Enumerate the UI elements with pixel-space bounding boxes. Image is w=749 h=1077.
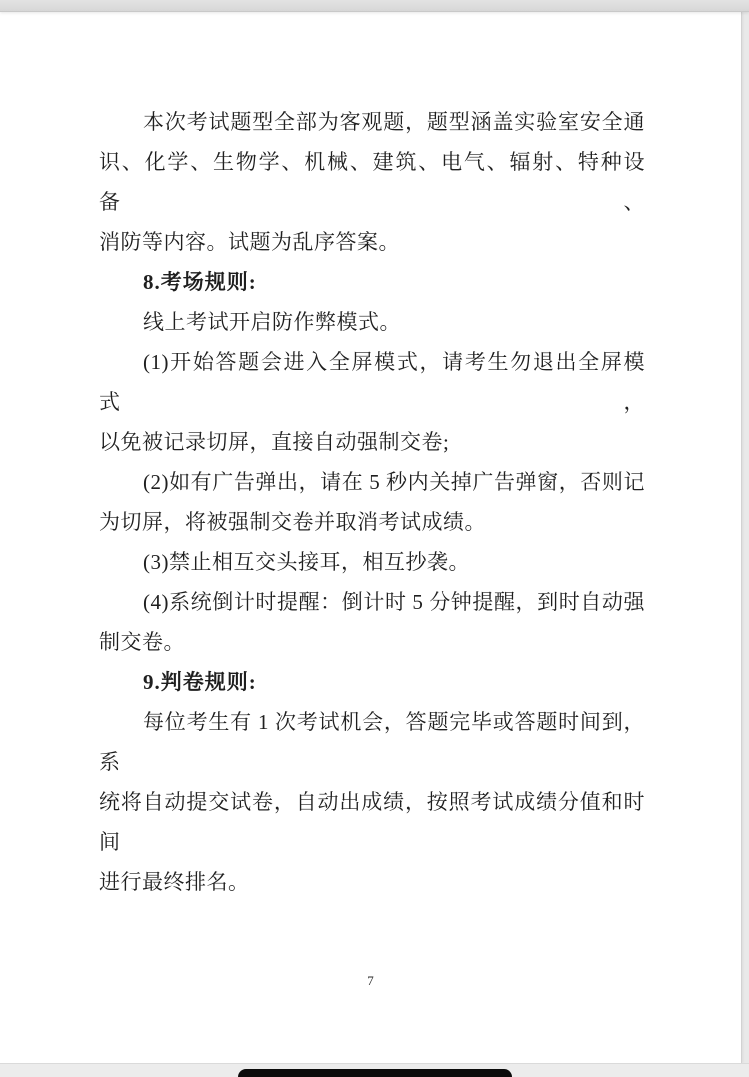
text-line: 线上考试开启防作弊模式。 bbox=[99, 302, 645, 342]
document-body: 本次考试题型全部为客观题，题型涵盖实验室安全通识、化学、生物学、机械、建筑、电气… bbox=[99, 102, 645, 902]
document-page: 本次考试题型全部为客观题，题型涵盖实验室安全通识、化学、生物学、机械、建筑、电气… bbox=[0, 12, 742, 1063]
text-line: 为切屏，将被强制交卷并取消考试成绩。 bbox=[99, 502, 645, 542]
top-chrome-band bbox=[0, 0, 749, 12]
text-line: (3)禁止相互交头接耳，相互抄袭。 bbox=[99, 542, 645, 582]
text-line: 消防等内容。试题为乱序答案。 bbox=[99, 222, 645, 262]
text-line: (1)开始答题会进入全屏模式，请考生勿退出全屏模式， bbox=[99, 342, 645, 422]
text-line: 本次考试题型全部为客观题，题型涵盖实验室安全通 bbox=[99, 102, 645, 142]
text-line: 8.考场规则: bbox=[99, 262, 645, 302]
text-line: 识、化学、生物学、机械、建筑、电气、辐射、特种设备、 bbox=[99, 142, 645, 222]
text-line: 9.判卷规则: bbox=[99, 662, 645, 702]
text-line: 进行最终排名。 bbox=[99, 862, 645, 902]
text-line: (4)系统倒计时提醒：倒计时 5 分钟提醒，到时自动强 bbox=[99, 582, 645, 622]
text-line: (2)如有广告弹出，请在 5 秒内关掉广告弹窗，否则记 bbox=[99, 462, 645, 502]
text-line: 制交卷。 bbox=[99, 622, 645, 662]
text-line: 统将自动提交试卷，自动出成绩，按照考试成绩分值和时间 bbox=[99, 782, 645, 862]
text-line: 每位考生有 1 次考试机会，答题完毕或答题时间到，系 bbox=[99, 702, 645, 782]
text-line: 以免被记录切屏，直接自动强制交卷; bbox=[99, 422, 645, 462]
page-number: 7 bbox=[0, 973, 741, 989]
home-indicator-bar[interactable] bbox=[238, 1069, 512, 1077]
